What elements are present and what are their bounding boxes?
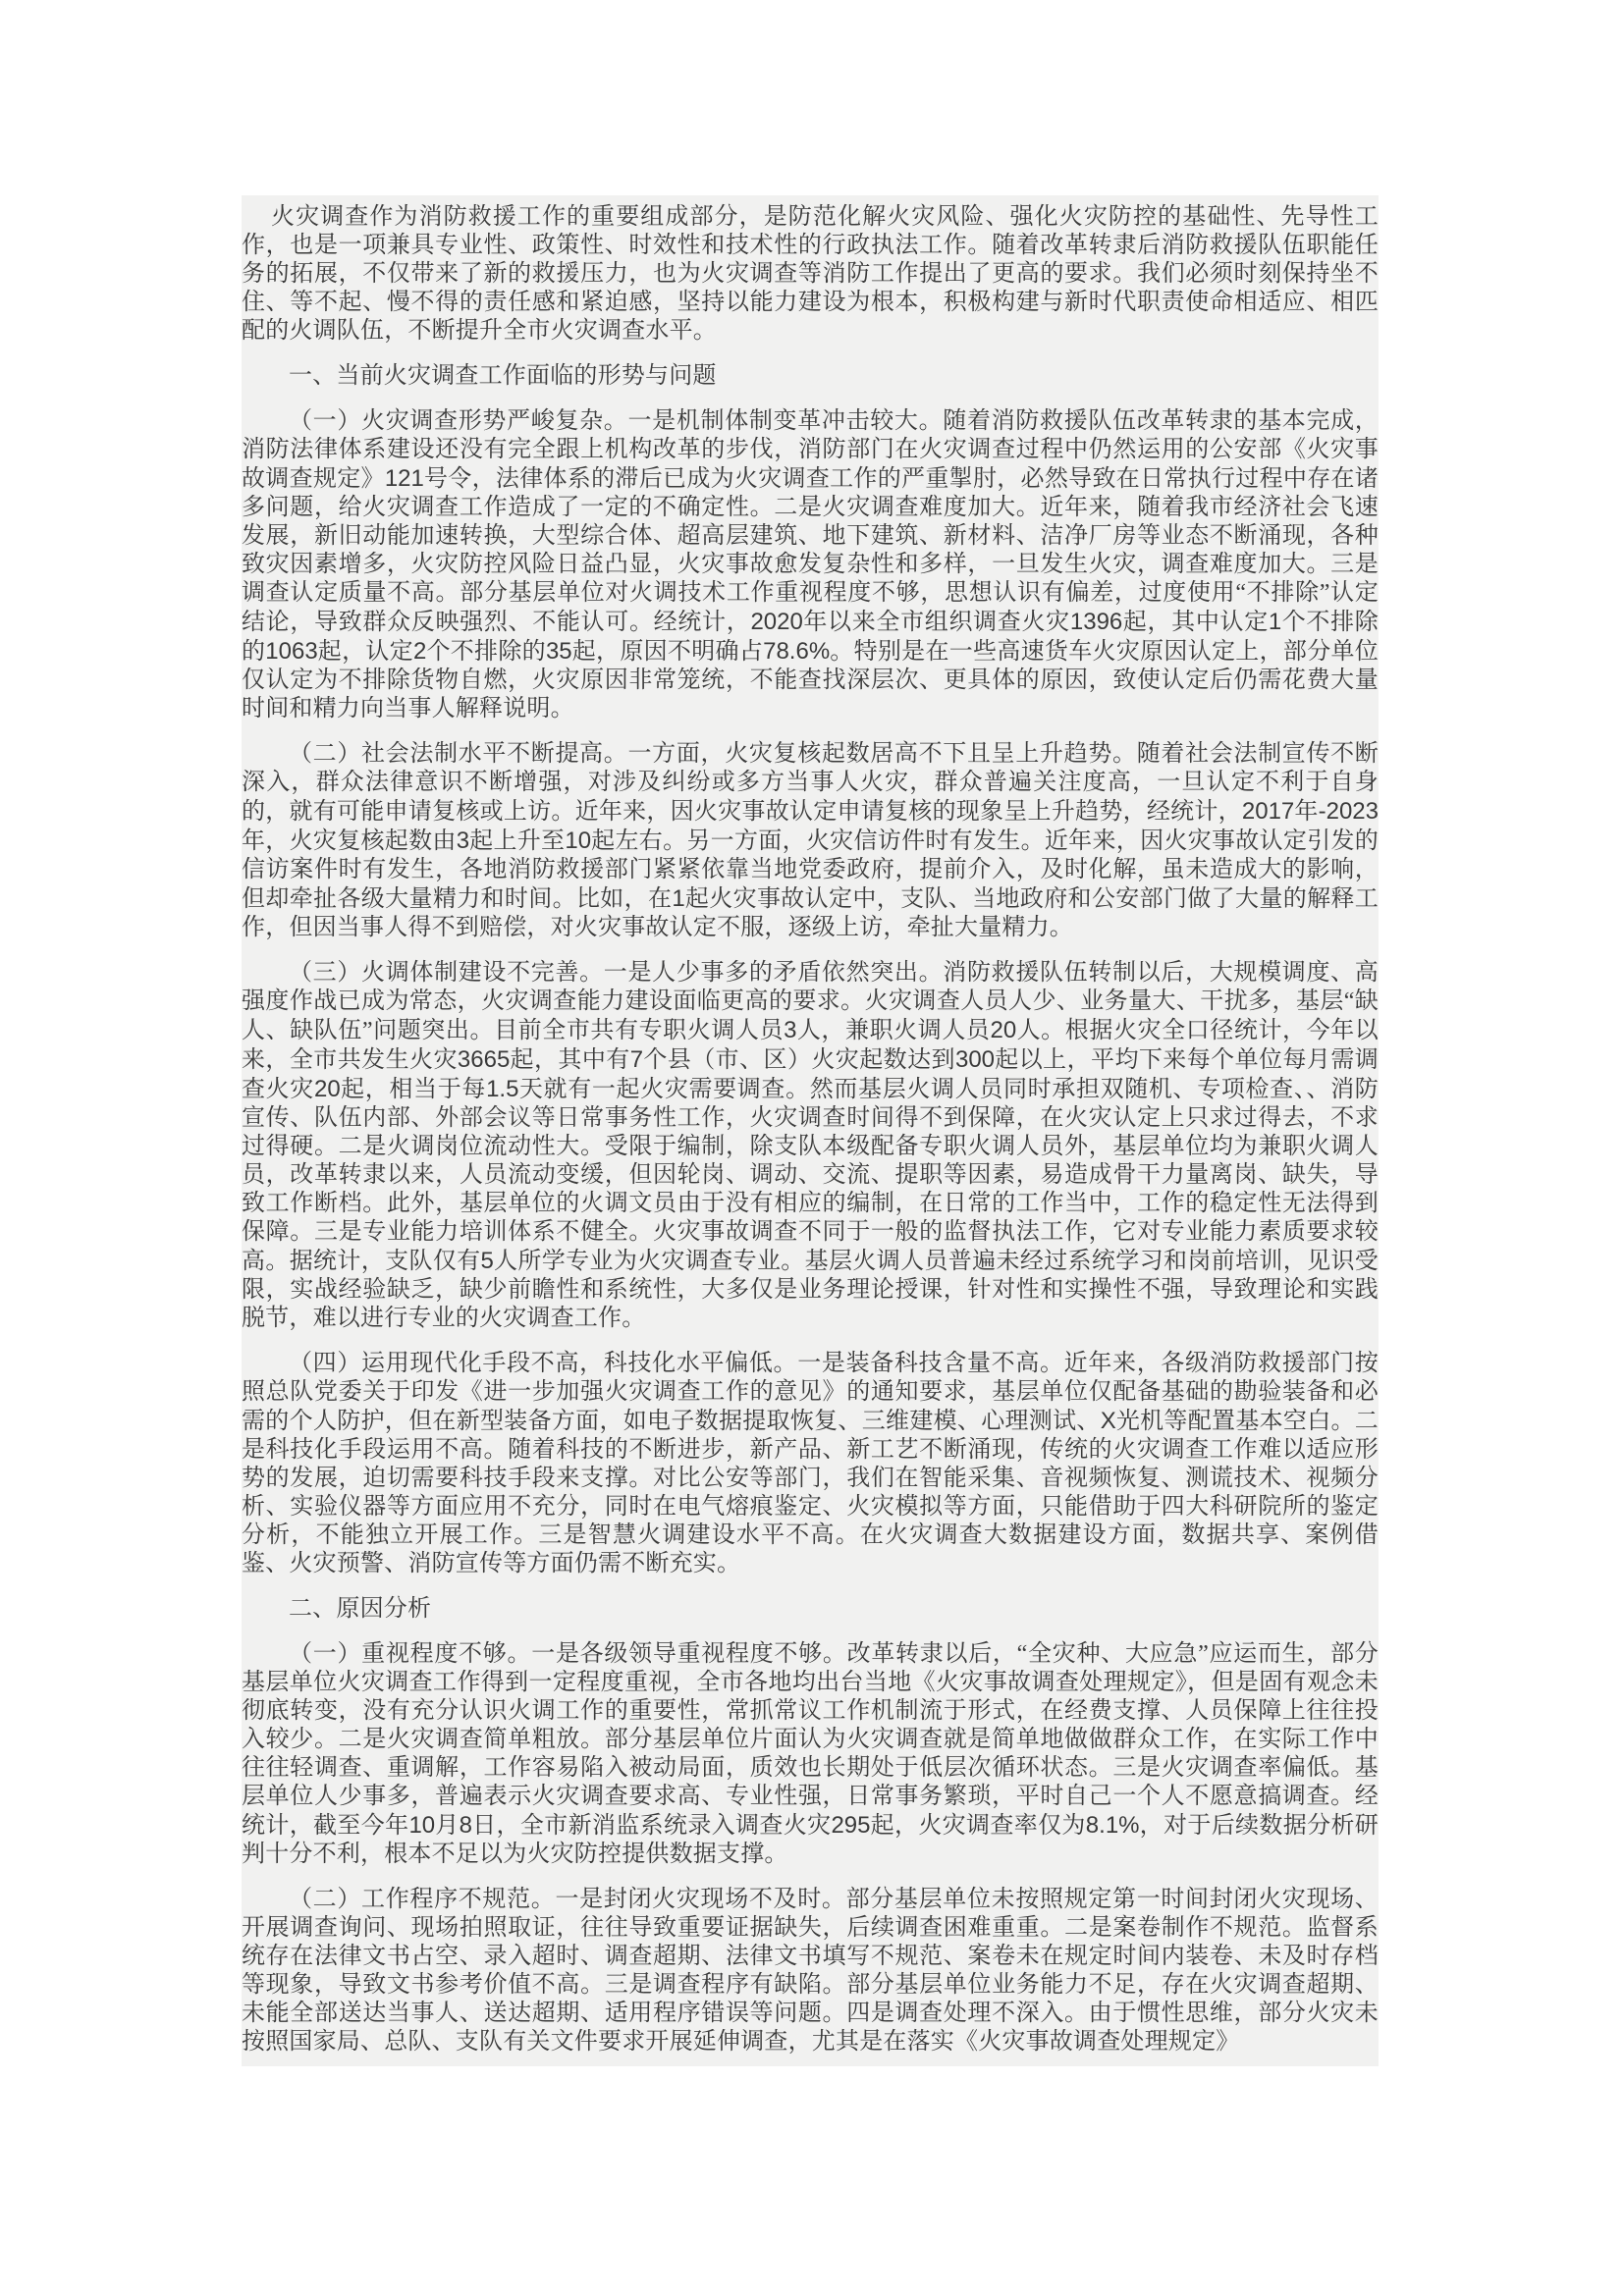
paragraph: （四）运用现代化手段不高，科技化水平偏低。一是装备科技含量不高。近年来，各级消防… xyxy=(242,1350,1379,1578)
section-heading: 一、当前火灾调查工作面临的形势与问题 xyxy=(242,362,1379,391)
paragraph: （一）重视程度不够。一是各级领导重视程度不够。改革转隶以后，“全灾种、大应急”应… xyxy=(242,1640,1379,1869)
paragraph: （三）火调体制建设不完善。一是人少事多的矛盾依然突出。消防救援队伍转制以后，大规… xyxy=(242,959,1379,1333)
paragraph: （二）社会法制水平不断提高。一方面，火灾复核起数居高不下且呈上升趋势。随着社会法… xyxy=(242,740,1379,942)
paragraph: 火灾调查作为消防救援工作的重要组成部分，是防范化解火灾风险、强化火灾防控的基础性… xyxy=(242,203,1379,346)
paragraph: （一）火灾调查形势严峻复杂。一是机制体制变革冲击较大。随着消防救援队伍改革转隶的… xyxy=(242,407,1379,723)
section-heading: 二、原因分析 xyxy=(242,1595,1379,1624)
document-content: 火灾调查作为消防救援工作的重要组成部分，是防范化解火灾风险、强化火灾防控的基础性… xyxy=(242,195,1379,2066)
paragraph: （二）工作程序不规范。一是封闭火灾现场不及时。部分基层单位未按照规定第一时间封闭… xyxy=(242,1886,1379,2056)
